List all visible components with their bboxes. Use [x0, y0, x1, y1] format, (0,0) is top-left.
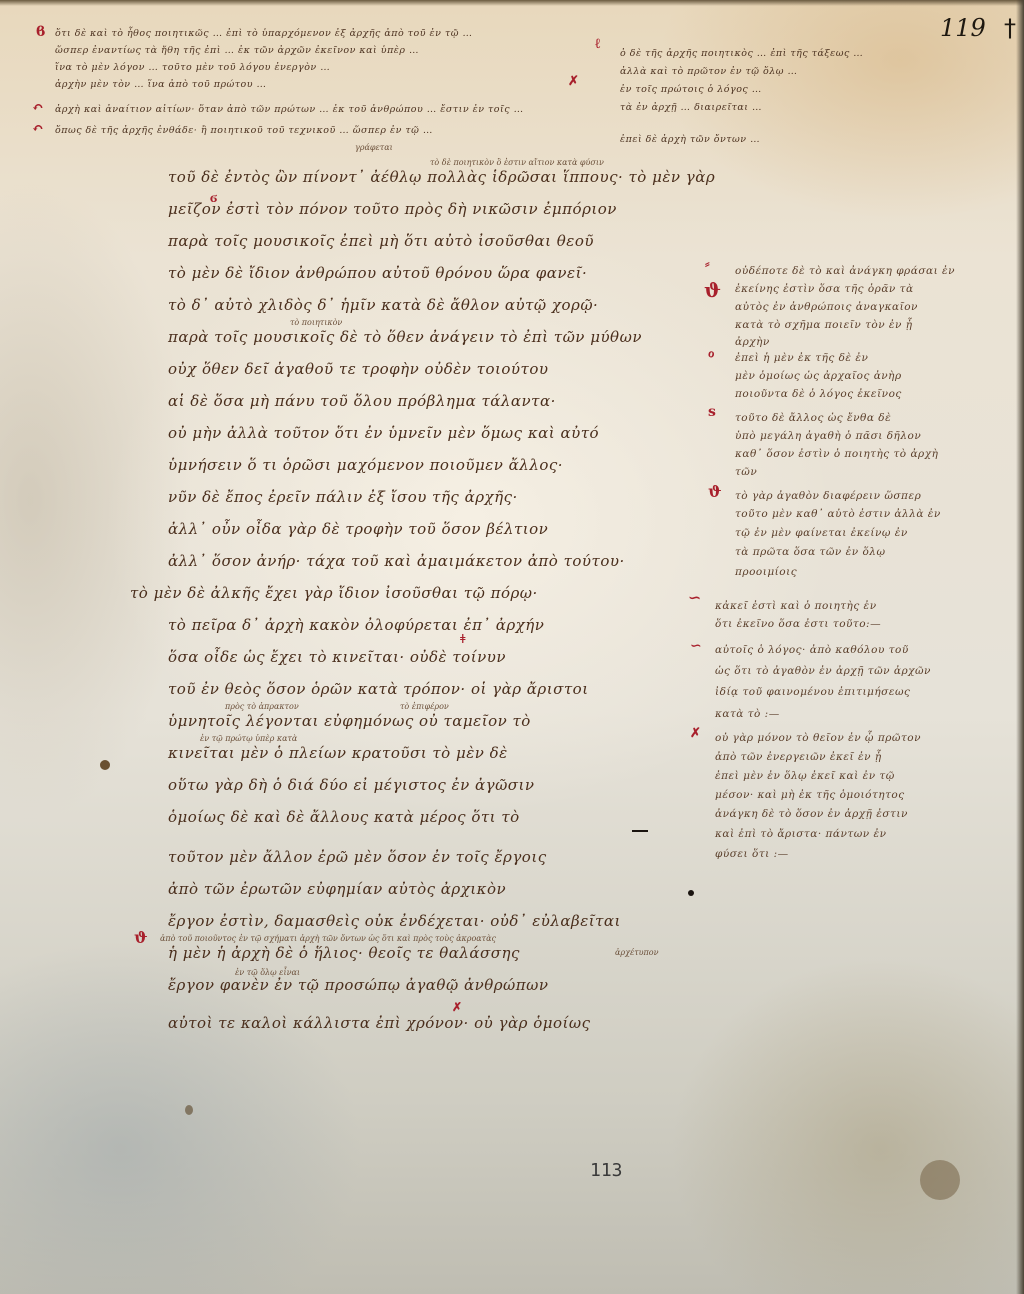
scholion-line: μέσον· καὶ μὴ ἐκ τῆς ὁμοιότητος: [715, 789, 905, 801]
scholion-line: ἀρχὴν: [735, 336, 770, 348]
scholion-line: τῶν: [735, 466, 757, 478]
scholion-line: τὰ πρῶτα ὅσα τῶν ἐν ὅλῳ: [735, 546, 886, 558]
scholion-line-right: τὰ ἐν ἀρχῇ … διαιρεῖται …: [620, 102, 762, 113]
text-line: μεῖζον ἐστὶ τὸν πόνον τοῦτο πρὸς δὴ νικῶ…: [168, 200, 617, 218]
scholion-line: προοιμίοις: [735, 566, 797, 578]
scholion-line-right: ἐν τοῖς πρώτοις ὁ λόγος …: [620, 84, 762, 95]
marginal-dot: [688, 890, 694, 896]
interlinear-gloss: ἀρχέτυπον: [615, 948, 658, 957]
scholion-line: οὐ γὰρ μόνον τὸ θεῖον ἐν ᾧ πρῶτον: [715, 732, 921, 744]
folio-cross-mark: †: [1004, 14, 1016, 42]
scholion-line: ἰδίᾳ τοῦ φαινομένου ἐπιτιμήσεως: [715, 686, 910, 698]
text-line: οὐ μὴν ἀλλὰ τοῦτον ὅτι ἐν ὑμνεῖν μὲν ὅμω…: [168, 424, 599, 442]
stain: [185, 1105, 193, 1115]
page-top-edge: [0, 0, 1024, 6]
text-line: ὅσα οἶδε ὡς ἔχει τὸ κινεῖται· οὐδὲ τοίνυ…: [168, 648, 506, 666]
text-line: ὑμνήσειν ὅ τι ὁρῶσι μαχόμενον ποιοῦμεν ἄ…: [168, 456, 563, 474]
interlinear-gloss: γράφεται: [355, 143, 393, 152]
scholion-line: ἵνα τὸ μὲν λόγον … τοῦτο μὲν τοῦ λόγου ἐ…: [55, 62, 330, 73]
scholion-line: ἀνάγκη δὲ τὸ ὅσον ἐν ἀρχῇ ἐστιν: [715, 808, 908, 820]
scholion-line: αὐτὸς ἐν ἀνθρώποις ἀναγκαῖον: [735, 301, 918, 313]
interlinear-gloss: πρὸς τὸ ἀπρακτον: [225, 702, 299, 711]
manuscript-folio: 119 † 113 ὅτι δὲ καὶ τὸ ἦθος ποιητικῶς ……: [0, 0, 1024, 1294]
scholion-line: οὐδέποτε δὲ τὸ καὶ ἀνάγκη φράσαι ἐν: [735, 265, 955, 277]
scholion-line: ποιοῦντα δὲ ὁ λόγος ἐκεῖνος: [735, 388, 902, 400]
text-line: τὸ πεῖρα δ᾽ ἀρχὴ κακὸν ὀλοφύρεται ἐπ᾽ ἀρ…: [168, 616, 544, 634]
interlinear-gloss: τὸ ἐπιφέρον: [400, 702, 449, 711]
interlinear-gloss: ἀπὸ τοῦ ποιοῦντος ἐν τῷ σχήματι ἀρχὴ τῶν…: [160, 934, 496, 943]
text-line: παρὰ τοῖς μουσικοῖς ἐπεὶ μὴ ὅτι αὐτὸ ἰσο…: [168, 232, 594, 250]
interlinear-gloss: τὸ δὲ ποιητικὸν ὃ ἐστιν αἴτιον κατὰ φύσι…: [430, 158, 604, 167]
text-line: ὁμοίως δὲ καὶ δὲ ἄλλους κατὰ μέρος ὅτι τ…: [168, 808, 520, 826]
scholion-line: αὐτοῖς ὁ λόγος· ἀπὸ καθόλου τοῦ: [715, 644, 909, 656]
text-line: ἔργον ἐστὶν, δαμασθεὶς οὐκ ἐνδέχεται· οὐ…: [168, 912, 621, 930]
scholion-line: ἀρχὴ καὶ ἀναίτιον αἰτίων· ὅταν ἀπὸ τῶν π…: [55, 104, 524, 115]
marginal-dash: [632, 830, 648, 832]
rubric-marker-icon: ϑ: [704, 278, 721, 302]
scholion-line: ὡς ὅτι τὸ ἀγαθὸν ἐν ἀρχῇ τῶν ἀρχῶν: [715, 665, 931, 677]
scholion-line: τῷ ἐν μὲν φαίνεται ἐκείνῳ ἐν: [735, 527, 908, 539]
scholion-line: τοῦτο μὲν καθ᾽ αὐτὸ ἐστιν ἀλλὰ ἐν: [735, 508, 941, 520]
rubric-marker-icon: ↶: [32, 121, 44, 137]
scholion-line: τοῦτο δὲ ἄλλος ὡς ἔνθα δὲ: [735, 412, 891, 424]
scholion-line: τὸ γὰρ ἀγαθὸν διαφέρειν ὥσπερ: [735, 490, 921, 502]
scholion-line: ἐπεὶ μὲν ἐν ὅλῳ ἐκεῖ καὶ ἐν τῷ: [715, 770, 895, 782]
stain: [100, 760, 110, 770]
rubric-marker-icon: ϑ: [134, 928, 148, 947]
scholion-line: καθ᾽ ὅσον ἐστὶν ὁ ποιητὴς τὸ ἀρχὴ: [735, 448, 938, 460]
interlinear-gloss: ἐν τῷ ὅλῳ εἶναι: [235, 968, 300, 977]
scholion-line-right: ἐπεὶ δὲ ἀρχὴ τῶν ὄντων …: [620, 134, 760, 145]
rubric-marker-icon: ℓ: [595, 36, 600, 53]
text-line: τοῦτον μὲν ἄλλον ἐρῶ μὲν ὅσον ἐν τοῖς ἔρ…: [168, 848, 547, 866]
text-line: οὐχ ὅθεν δεῖ ἀγαθοῦ τε τροφὴν οὐδὲν τοιο…: [168, 360, 548, 378]
text-line: ἀλλ᾽ ὅσον ἀνήρ· τάχα τοῦ καὶ ἀμαιμάκετον…: [168, 552, 625, 570]
scholion-line: ἀρχὴν μὲν τὸν … ἵνα ἀπὸ τοῦ πρώτου …: [55, 79, 267, 90]
text-line: τὸ δ᾽ αὐτὸ χλιδὸς δ᾽ ἡμῖν κατὰ δὲ ἄθλον …: [168, 296, 598, 314]
rubric-marker-icon: ℴ: [708, 345, 714, 361]
rubric-marker-icon: ✗: [452, 1000, 462, 1014]
scholion-line: ἐκείνης ἐστὶν ὅσα τῆς ὁρᾶν τὰ: [735, 283, 914, 295]
interlinear-gloss: τὸ ποιητικὸν: [290, 318, 342, 327]
scholion-line: ἐπεὶ ἡ μὲν ἐκ τῆς δὲ ἐν: [735, 352, 868, 364]
text-line: οὕτω γὰρ δὴ ὁ διά δύο εἰ μέγιστος ἐν ἀγῶ…: [168, 776, 535, 794]
text-line: τοῦ ἐν θεὸς ὅσον ὁρῶν κατὰ τρόπον· οἱ γὰ…: [168, 680, 589, 698]
rubric-marker-icon: ✗: [568, 74, 579, 89]
text-line: παρὰ τοῖς μουσικοῖς δὲ τὸ ὅθεν ἀνάγειν τ…: [168, 328, 642, 346]
rubric-marker-icon: ↶: [32, 100, 44, 116]
scholion-line: κατὰ τὸ :—: [715, 708, 780, 720]
scholion-line: κἀκεῖ ἐστὶ καὶ ὁ ποιητὴς ἐν: [715, 600, 877, 612]
text-line: ἡ μὲν ἡ ἀρχὴ δὲ ὁ ἥλιος· θεοῖς τε θαλάσσ…: [168, 944, 520, 962]
scholion-line: ὥσπερ ἐναντίως τὰ ἤθη τῆς ἐπὶ … ἐκ τῶν ἀ…: [55, 45, 419, 56]
rubric-marker-icon: ✗: [690, 726, 701, 741]
text-line: ἀλλ᾽ οὖν οἶδα γὰρ δὲ τροφὴν τοῦ ὅσον βέλ…: [168, 520, 548, 538]
scholion-line: φύσει ὅτι :—: [715, 848, 789, 860]
scholion-line: ὑπὸ μεγάλη ἀγαθὴ ὁ πᾶσι δῆλον: [735, 430, 921, 442]
page-right-edge: [1016, 0, 1024, 1294]
rubric-marker-icon: ϑ: [708, 482, 722, 501]
text-line: ἔργον φανὲν ἐν τῷ προσώπῳ ἀγαθῷ ἀνθρώπων: [168, 976, 549, 994]
rubric-marker-icon: ϐ: [36, 24, 45, 40]
text-line: ὑμνητοῖς λέγονται εὐφημόνως οὐ ταμεῖον τ…: [168, 712, 531, 730]
text-line: κινεῖται μὲν ὁ πλείων κρατοῦσι τὸ μὲν δὲ: [168, 744, 508, 762]
text-line: τοῦ δὲ ἐντὸς ὢν πίνοντ᾽ ἀέθλῳ πολλὰς ἱδρ…: [168, 168, 715, 186]
text-line: νῦν δὲ ἔπος ἐρεῖν πάλιν ἐξ ἴσου τῆς ἀρχῆ…: [168, 488, 518, 506]
scholion-line: κατὰ τὸ σχῆμα ποιεῖν τὸν ἐν ᾗ: [735, 319, 913, 331]
folio-number-top: 119: [940, 14, 986, 42]
text-line: ἀπὸ τῶν ἐρωτῶν εὐφημίαν αὐτὸς ἀρχικὸν: [168, 880, 506, 898]
scholion-line: ὅτι ἐκεῖνο ὅσα ἐστι τοῦτο:—: [715, 618, 881, 630]
scholion-line: ἀπὸ τῶν ἐνεργειῶν ἐκεῖ ἐν ᾗ: [715, 751, 882, 763]
rubric-marker-icon: s: [708, 404, 716, 420]
rubric-marker-icon: ∽: [690, 638, 702, 654]
text-line: αὐτοὶ τε καλοὶ κάλλιστα ἐπὶ χρόνον· οὐ γ…: [168, 1014, 591, 1032]
rubric-marker-icon: ϭ: [210, 190, 217, 207]
folio-number-bottom: 113: [590, 1160, 623, 1181]
scholion-line: μὲν ὁμοίως ὡς ἀρχαῖος ἀνὴρ: [735, 370, 902, 382]
text-line: αἱ δὲ ὅσα μὴ πάνυ τοῦ ὅλου πρόβλημα τάλα…: [168, 392, 556, 410]
scholion-line: ὅτι δὲ καὶ τὸ ἦθος ποιητικῶς … ἐπὶ τὸ ὑπ…: [55, 28, 472, 39]
scholion-line: ὅπως δὲ τῆς ἀρχῆς ἐνθάδε· ἢ ποιητικοῦ το…: [55, 125, 433, 136]
scholion-line-right: ἀλλὰ καὶ τὸ πρῶτον ἐν τῷ ὅλῳ …: [620, 66, 798, 77]
rubric-marker-icon: ⸗: [705, 256, 710, 273]
stain: [920, 1160, 960, 1200]
interlinear-gloss: ἐν τῷ πρώτῳ ὑπὲρ κατὰ: [200, 734, 297, 743]
text-line: τὸ μὲν δὲ ἀλκῆς ἔχει γὰρ ἴδιον ἰσοῦσθαι …: [130, 584, 538, 602]
rubric-marker-icon: ǂ: [460, 632, 466, 646]
text-line: τὸ μὲν δὲ ἴδιον ἀνθρώπου αὐτοῦ θρόνου ὥρ…: [168, 264, 587, 282]
rubric-marker-icon: ∽: [688, 588, 701, 607]
scholion-line: καὶ ἐπὶ τὸ ἄριστα· πάντων ἐν: [715, 828, 887, 840]
scholion-line-right: ὁ δὲ τῆς ἀρχῆς ποιητικὸς … ἐπὶ τῆς τάξεω…: [620, 48, 863, 59]
